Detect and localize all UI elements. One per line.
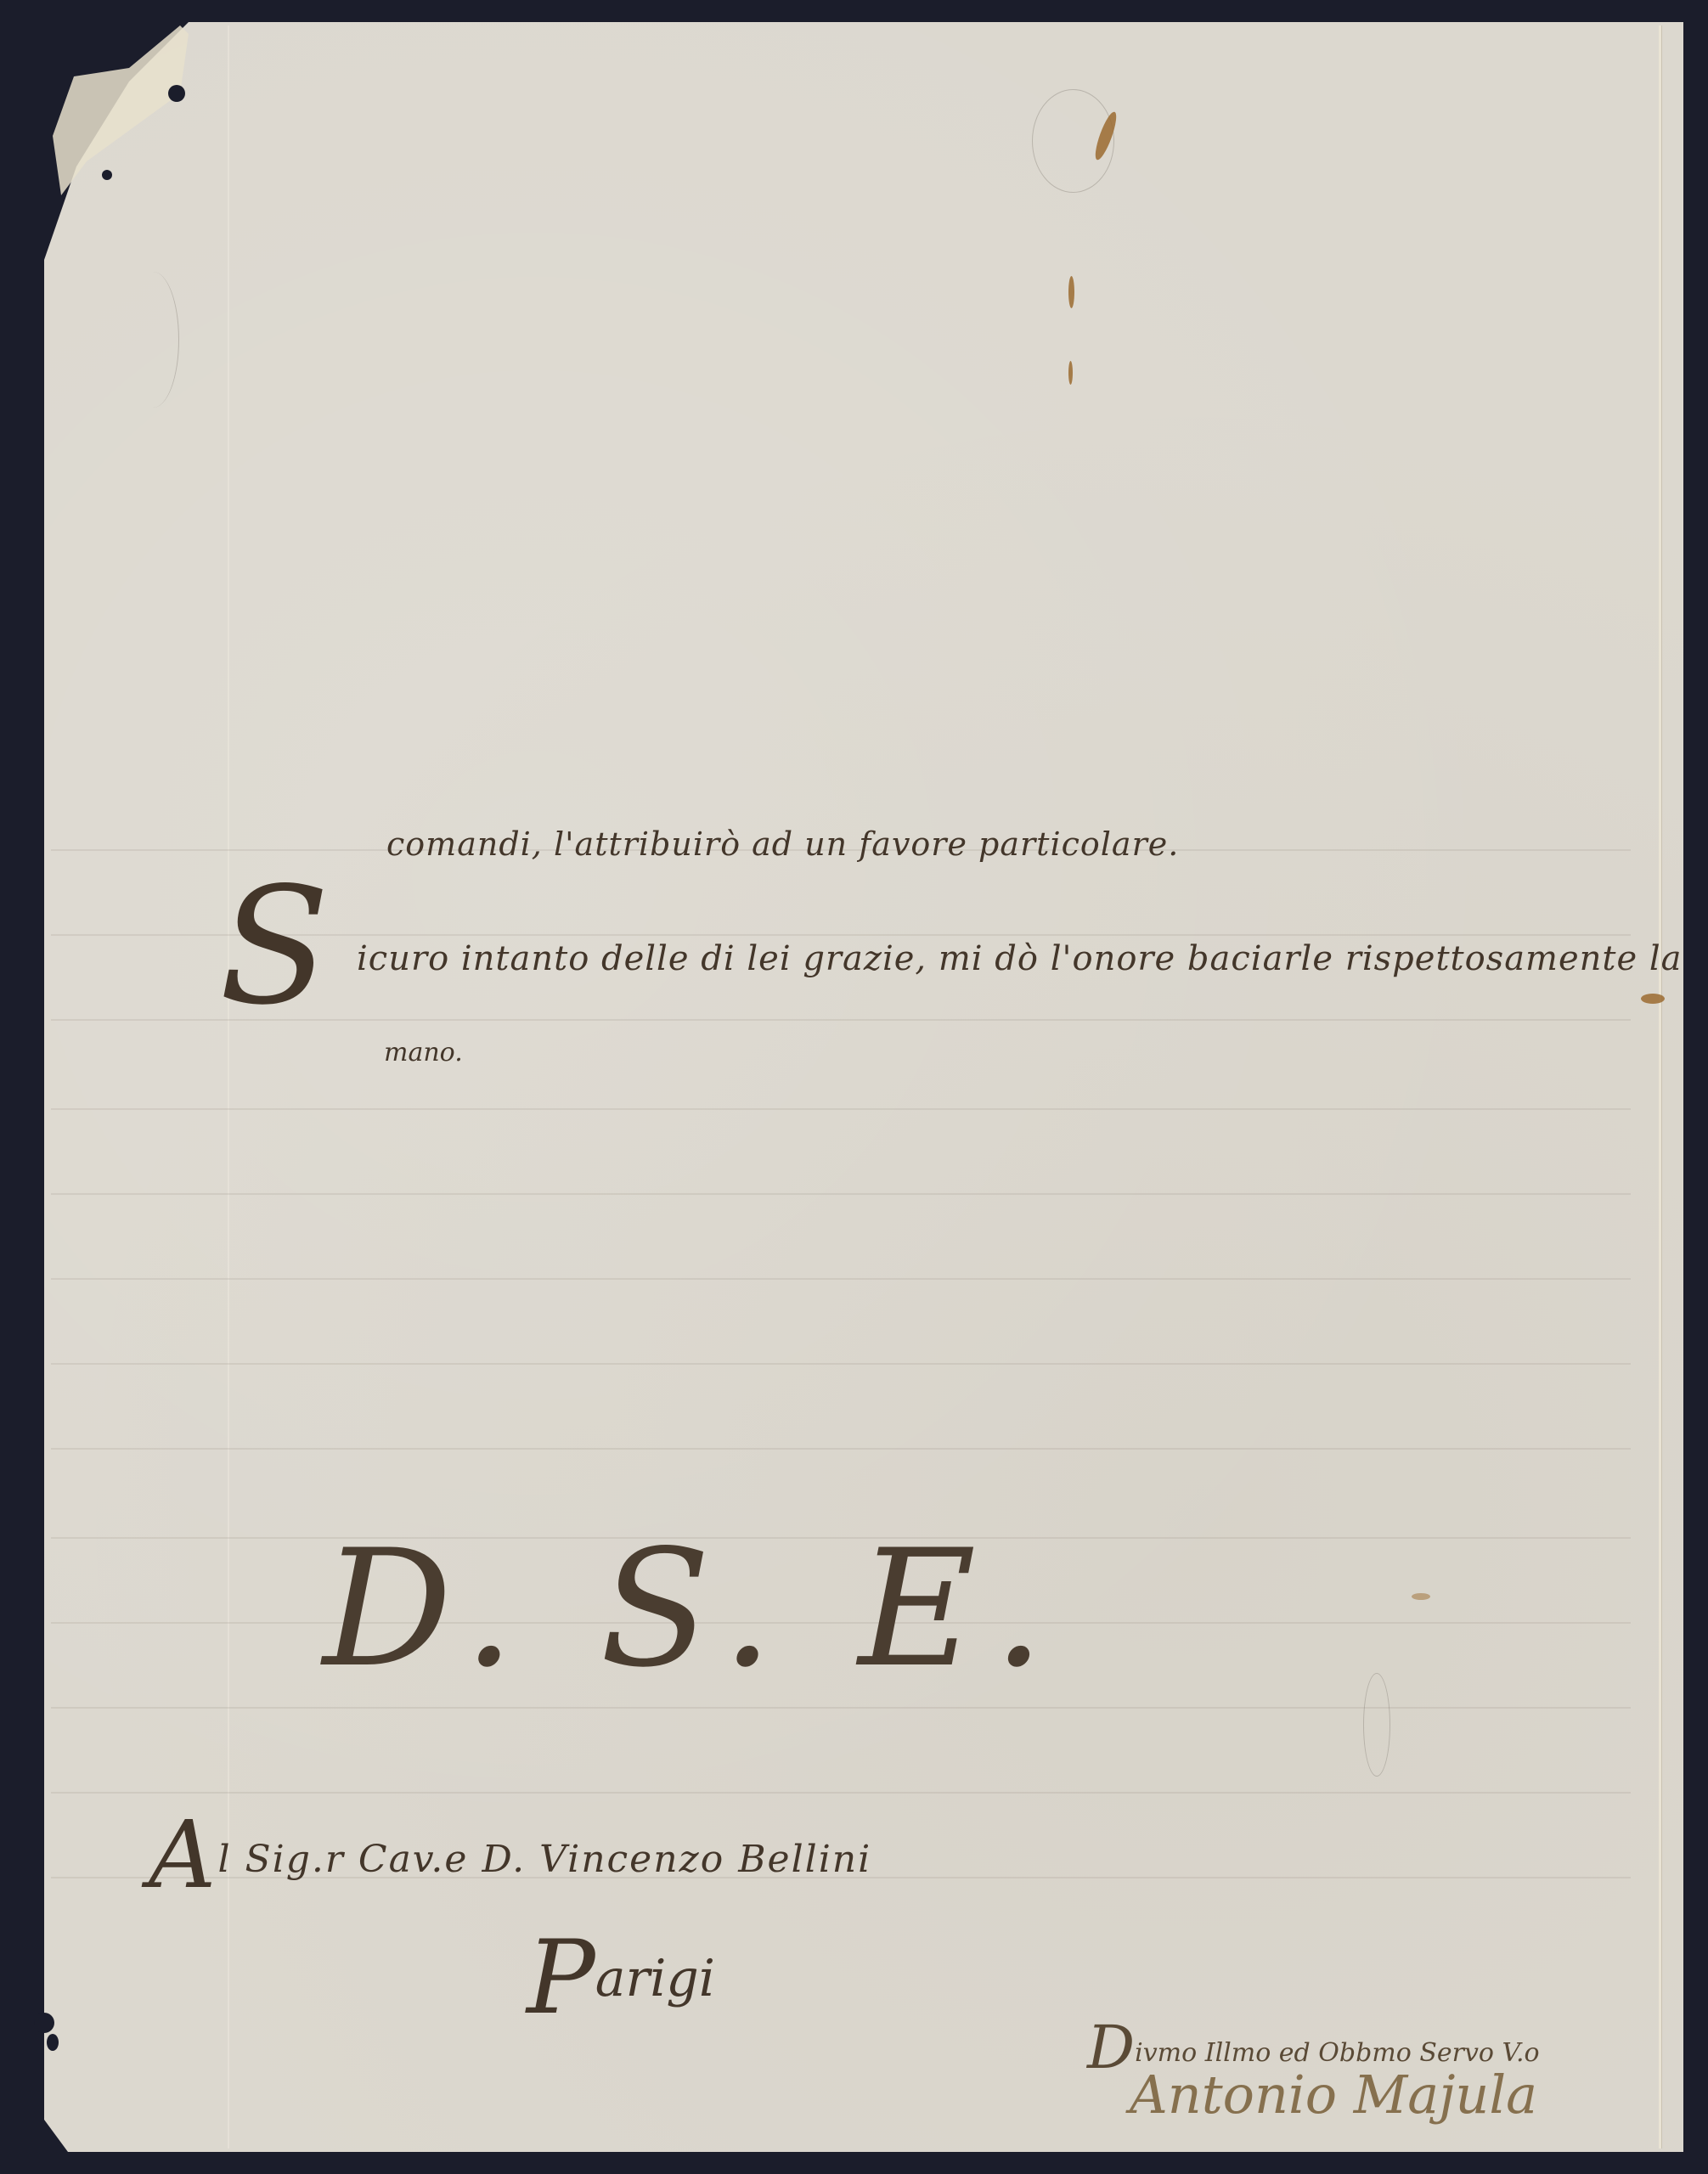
ink-stain <box>1641 994 1665 1004</box>
bleed-through-line <box>51 1707 1631 1709</box>
paper-fold-right <box>1659 25 1661 2149</box>
bleed-through-line <box>51 1448 1631 1450</box>
letter-body-line-1: comandi, l'attribuirò ad un favore parti… <box>386 825 1179 863</box>
address-line-recipient: Al Sig.r Cav.e D. Vincenzo Bellini <box>149 1800 871 1909</box>
decorative-initial-s: S <box>219 866 330 1028</box>
ink-stain <box>1412 1593 1430 1600</box>
signature: Antonio Majula <box>1130 2064 1537 2126</box>
closing-initial: D <box>1087 2013 1135 2082</box>
pencil-curve-mark <box>127 272 179 408</box>
bleed-through-line <box>51 1193 1631 1195</box>
paper-hole <box>34 2013 54 2033</box>
address-recipient-text: l Sig.r Cav.e D. Vincenzo Bellini <box>217 1838 871 1881</box>
address-initial: A <box>149 1800 217 1909</box>
paper-hole <box>168 85 185 102</box>
letter-body-line-2: icuro intanto delle di lei grazie, mi dò… <box>357 939 1683 978</box>
paper-hole <box>47 2034 59 2051</box>
address-line-city: Parigi <box>527 1919 715 2037</box>
paper-hole <box>102 170 112 180</box>
letter-body-line-3: mano. <box>384 1038 463 1067</box>
city-initial: P <box>527 1919 595 2037</box>
city-text: arigi <box>595 1949 715 2008</box>
ink-stain <box>1068 276 1074 308</box>
ink-stain <box>1068 361 1073 385</box>
bleed-through-line <box>51 1792 1631 1794</box>
monogram-dse: D. S. E. <box>323 1529 1062 1690</box>
bleed-through-line <box>51 1278 1631 1280</box>
bleed-through-line <box>51 1108 1631 1110</box>
bleed-through-line <box>51 1363 1631 1365</box>
pencil-loop-mark <box>1363 1673 1390 1777</box>
